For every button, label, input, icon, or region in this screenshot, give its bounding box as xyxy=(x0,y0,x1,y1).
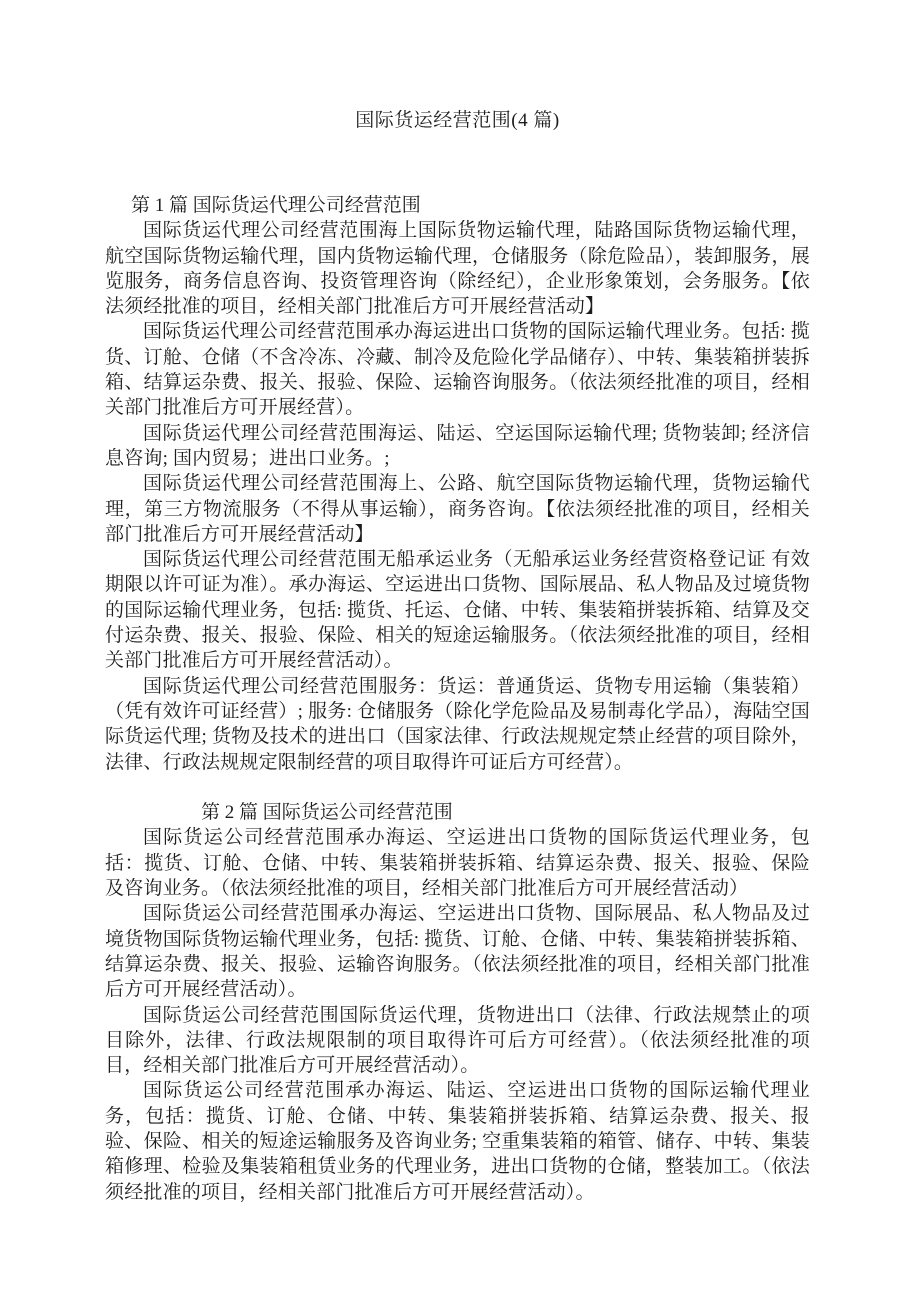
section-1-paragraph: 国际货运代理公司经营范围无船承运业务（无船承运业务经营资格登记证 有效期限以许可… xyxy=(105,547,810,673)
document-page: 国际货运经营范围(4 篇) 第 1 篇 国际货运代理公司经营范围 国际货运代理公… xyxy=(0,0,920,1302)
section-2-paragraph: 国际货运公司经营范围承办海运、陆运、空运进出口货物的国际运输代理业务，包括：揽货… xyxy=(105,1078,810,1204)
section-2-paragraph: 国际货运公司经营范围国际货运代理，货物进出口（法律、行政法规禁止的项目除外，法律… xyxy=(105,1003,810,1079)
section-2-paragraph: 国际货运公司经营范围承办海运、空运进出口货物、国际展品、私人物品及过境货物国际货… xyxy=(105,901,810,1002)
section-1-heading: 第 1 篇 国际货运代理公司经营范围 xyxy=(105,193,810,218)
section-1-paragraph: 国际货运代理公司经营范围承办海运进出口货物的国际运输代理业务。包括: 揽货、订舱… xyxy=(105,319,810,420)
section-2: 第 2 篇 国际货运公司经营范围 国际货运公司经营范围承办海运、空运进出口货物的… xyxy=(105,800,810,1205)
section-1-paragraph: 国际货运代理公司经营范围服务：货运：普通货运、货物专用运输（集装箱）（凭有效许可… xyxy=(105,674,810,775)
section-1-paragraph: 国际货运代理公司经营范围海运、陆运、空运国际运输代理; 货物装卸; 经济信息咨询… xyxy=(105,421,810,472)
section-1: 第 1 篇 国际货运代理公司经营范围 国际货运代理公司经营范围海上国际货物运输代… xyxy=(105,193,810,775)
section-2-heading: 第 2 篇 国际货运公司经营范围 xyxy=(105,800,810,825)
document-title: 国际货运经营范围(4 篇) xyxy=(105,108,810,133)
section-1-paragraph: 国际货运代理公司经营范围海上、公路、航空国际货物运输代理，货物运输代理，第三方物… xyxy=(105,471,810,547)
section-1-paragraph: 国际货运代理公司经营范围海上国际货物运输代理，陆路国际货物运输代理，航空国际货物… xyxy=(105,218,810,319)
section-2-paragraph: 国际货运公司经营范围承办海运、空运进出口货物的国际货运代理业务，包括：揽货、订舱… xyxy=(105,825,810,901)
